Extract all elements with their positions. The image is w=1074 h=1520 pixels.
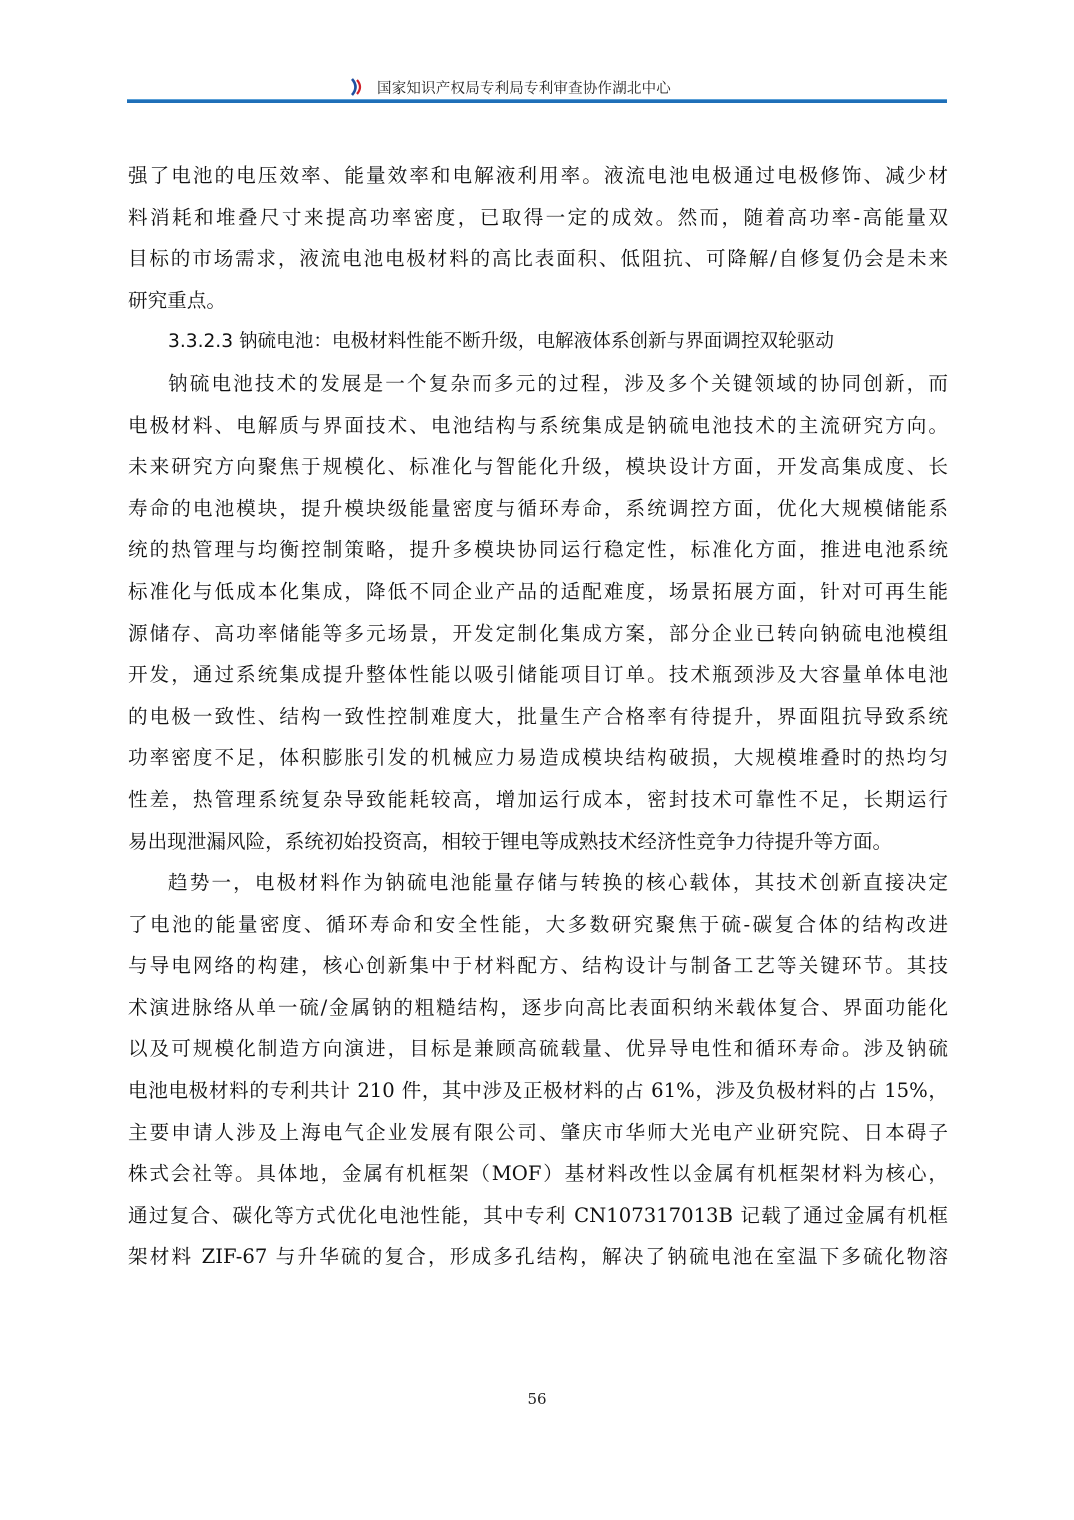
text-line: 料消耗和堆叠尺寸来提高功率密度，已取得一定的成效。然而，随着高功率-高能量双 [128, 197, 948, 239]
text-line: 主要申请人涉及上海电气企业发展有限公司、肇庆市华师大光电产业研究院、日本碍子 [128, 1112, 948, 1154]
text-line: 以及可规模化制造方向演进，目标是兼顾高硫载量、优异导电性和循环寿命。涉及钠硫 [128, 1028, 948, 1070]
paragraph-3: 趋势一，电极材料作为钠硫电池能量存储与转换的核心载体，其技术创新直接决定 了电池… [128, 862, 948, 1278]
text-line: 功率密度不足，体积膨胀引发的机械应力易造成模块结构破损，大规模堆叠时的热均匀 [128, 737, 948, 779]
text-line: 了电池的能量密度、循环寿命和安全性能，大多数研究聚焦于硫-碳复合体的结构改进 [128, 904, 948, 946]
text-line: 目标的市场需求，液流电池电极材料的高比表面积、低阻抗、可降解/自修复仍会是未来 [128, 238, 948, 280]
text-line: 易出现泄漏风险，系统初始投资高，相较于锂电等成熟技术经济性竞争力待提升等方面。 [128, 821, 948, 863]
text-line: 未来研究方向聚焦于规模化、标准化与智能化升级，模块设计方面，开发高集成度、长 [128, 446, 948, 488]
text-line: 趋势一，电极材料作为钠硫电池能量存储与转换的核心载体，其技术创新直接决定 [128, 862, 948, 904]
text-line: 电极材料、电解质与界面技术、电池结构与系统集成是钠硫电池技术的主流研究方向。 [128, 405, 948, 447]
text-line: 术演进脉络从单一硫/金属钠的粗糙结构，逐步向高比表面积纳米载体复合、界面功能化 [128, 987, 948, 1029]
text-line: 的电极一致性、结构一致性控制难度大，批量生产合格率有待提升，界面阻抗导致系统 [128, 696, 948, 738]
text-line: 开发，通过系统集成提升整体性能以吸引储能项目订单。技术瓶颈涉及大容量单体电池 [128, 654, 948, 696]
text-line: 标准化与低成本化集成，降低不同企业产品的适配难度，场景拓展方面，针对可再生能 [128, 571, 948, 613]
text-line: 架材料 ZIF-67 与升华硫的复合，形成多孔结构，解决了钠硫电池在室温下多硫化… [128, 1236, 948, 1278]
text-line: 通过复合、碳化等方式优化电池性能，其中专利 CN107317013B 记载了通过… [128, 1195, 948, 1237]
text-line: 钠硫电池技术的发展是一个复杂而多元的过程，涉及多个关键领域的协同创新，而 [128, 363, 948, 405]
header-rule [127, 99, 947, 103]
text-line: 电池电极材料的专利共计 210 件，其中涉及正极材料的占 61%，涉及负极材料的… [128, 1070, 948, 1112]
text-line: 株式会社等。具体地，金属有机框架（MOF）基材料改性以金属有机框架材料为核心， [128, 1153, 948, 1195]
text-line: 强了电池的电压效率、能量效率和电解液利用率。液流电池电极通过电极修饰、减少材 [128, 155, 948, 197]
text-line: 研究重点。 [128, 280, 948, 322]
text-line: 性差，热管理系统复杂导致能耗较高，增加运行成本，密封技术可靠性不足，长期运行 [128, 779, 948, 821]
header-title: 国家知识产权局专利局专利审查协作湖北中心 [377, 77, 671, 98]
paragraph-1: 强了电池的电压效率、能量效率和电解液利用率。液流电池电极通过电极修饰、减少材 料… [128, 155, 948, 321]
cnipa-logo-icon [349, 77, 367, 97]
text-line: 与导电网络的构建，核心创新集中于材料配方、结构设计与制备工艺等关键环节。其技 [128, 945, 948, 987]
text-line: 源储存、高功率储能等多元场景，开发定制化集成方案，部分企业已转向钠硫电池模组 [128, 613, 948, 655]
text-line: 统的热管理与均衡控制策略，提升多模块协同运行稳定性，标准化方面，推进电池系统 [128, 529, 948, 571]
document-body: 强了电池的电压效率、能量效率和电解液利用率。液流电池电极通过电极修饰、减少材 料… [128, 155, 948, 1278]
paragraph-2: 钠硫电池技术的发展是一个复杂而多元的过程，涉及多个关键领域的协同创新，而 电极材… [128, 363, 948, 862]
page-number: 56 [0, 1390, 1074, 1408]
section-heading: 3.3.2.3 钠硫电池：电极材料性能不断升级，电解液体系创新与界面调控双轮驱动 [128, 321, 948, 363]
text-line: 寿命的电池模块，提升模块级能量密度与循环寿命，系统调控方面，优化大规模储能系 [128, 488, 948, 530]
